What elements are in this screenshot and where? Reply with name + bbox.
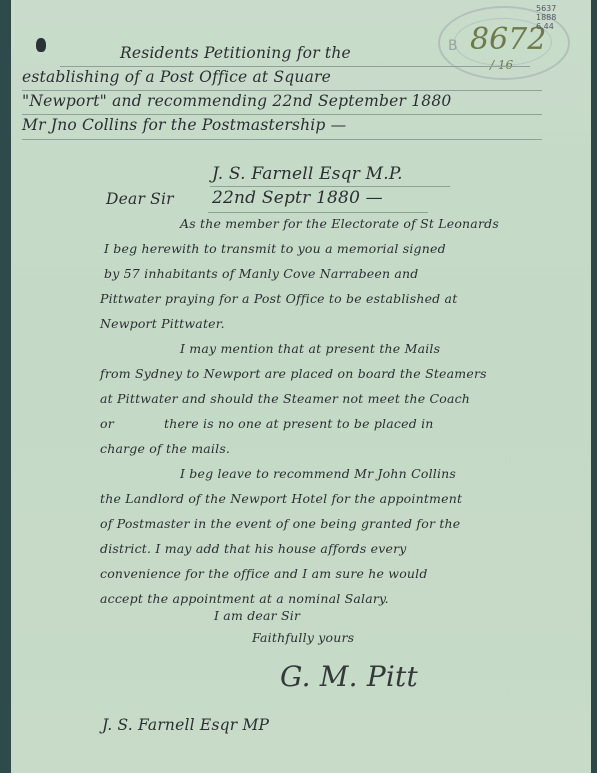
docket-line-1: Residents Petitioning for the (120, 44, 351, 62)
body-line: I beg leave to recommend Mr John Collins (180, 466, 456, 481)
body-line: I beg herewith to transmit to you a memo… (104, 241, 446, 256)
ink-blot-mark (36, 38, 46, 52)
body-line: charge of the mails. (100, 441, 230, 456)
closing-line: I am dear Sir (214, 608, 300, 623)
body-line: the Landlord of the Newport Hotel for th… (100, 491, 462, 506)
signature: G. M. Pitt (280, 660, 418, 693)
rule (60, 66, 530, 67)
scan-edge (591, 0, 597, 773)
salutation: Dear Sir (106, 190, 174, 208)
body-line: I may mention that at present the Mails (180, 341, 440, 356)
rule (210, 186, 450, 187)
body-line: of Postmaster in the event of one being … (100, 516, 460, 531)
body-line: or there is no one at present to be plac… (100, 416, 434, 431)
registry-number: 8672 (470, 22, 546, 57)
docket-line-2: establishing of a Post Office at Square (22, 68, 331, 86)
addressee-header: J. S. Farnell Esqr M.P. (212, 164, 403, 184)
body-line: Newport Pittwater. (100, 316, 225, 331)
body-line: district. I may add that his house affor… (100, 541, 407, 556)
rule (22, 114, 542, 115)
docket-line-4: Mr Jno Collins for the Postmastership — (22, 116, 346, 134)
rule (22, 90, 542, 91)
body-line: at Pittwater and should the Steamer not … (100, 391, 470, 406)
footer-addressee: J. S. Farnell Esqr MP (102, 716, 269, 734)
body-line: Pittwater praying for a Post Office to b… (100, 291, 457, 306)
rule (22, 139, 542, 140)
rule (208, 212, 428, 213)
body-line: As the member for the Electorate of St L… (180, 216, 499, 231)
docket-line-3: "Newport" and recommending 22nd Septembe… (22, 92, 451, 110)
body-line: convenience for the office and I am sure… (100, 566, 428, 581)
body-line: by 57 inhabitants of Manly Cove Narrabee… (104, 266, 419, 281)
body-line: accept the appointment at a nominal Sala… (100, 591, 389, 606)
stamp-letter: B (448, 38, 458, 54)
closing-line: Faithfully yours (252, 630, 354, 645)
registry-sub-number: / 16 (490, 58, 513, 72)
body-line: from Sydney to Newport are placed on boa… (100, 366, 487, 381)
corner-annotation: 5637 1888 6.44 (536, 4, 556, 31)
letter-date: 22nd Septr 1880 — (212, 188, 383, 208)
